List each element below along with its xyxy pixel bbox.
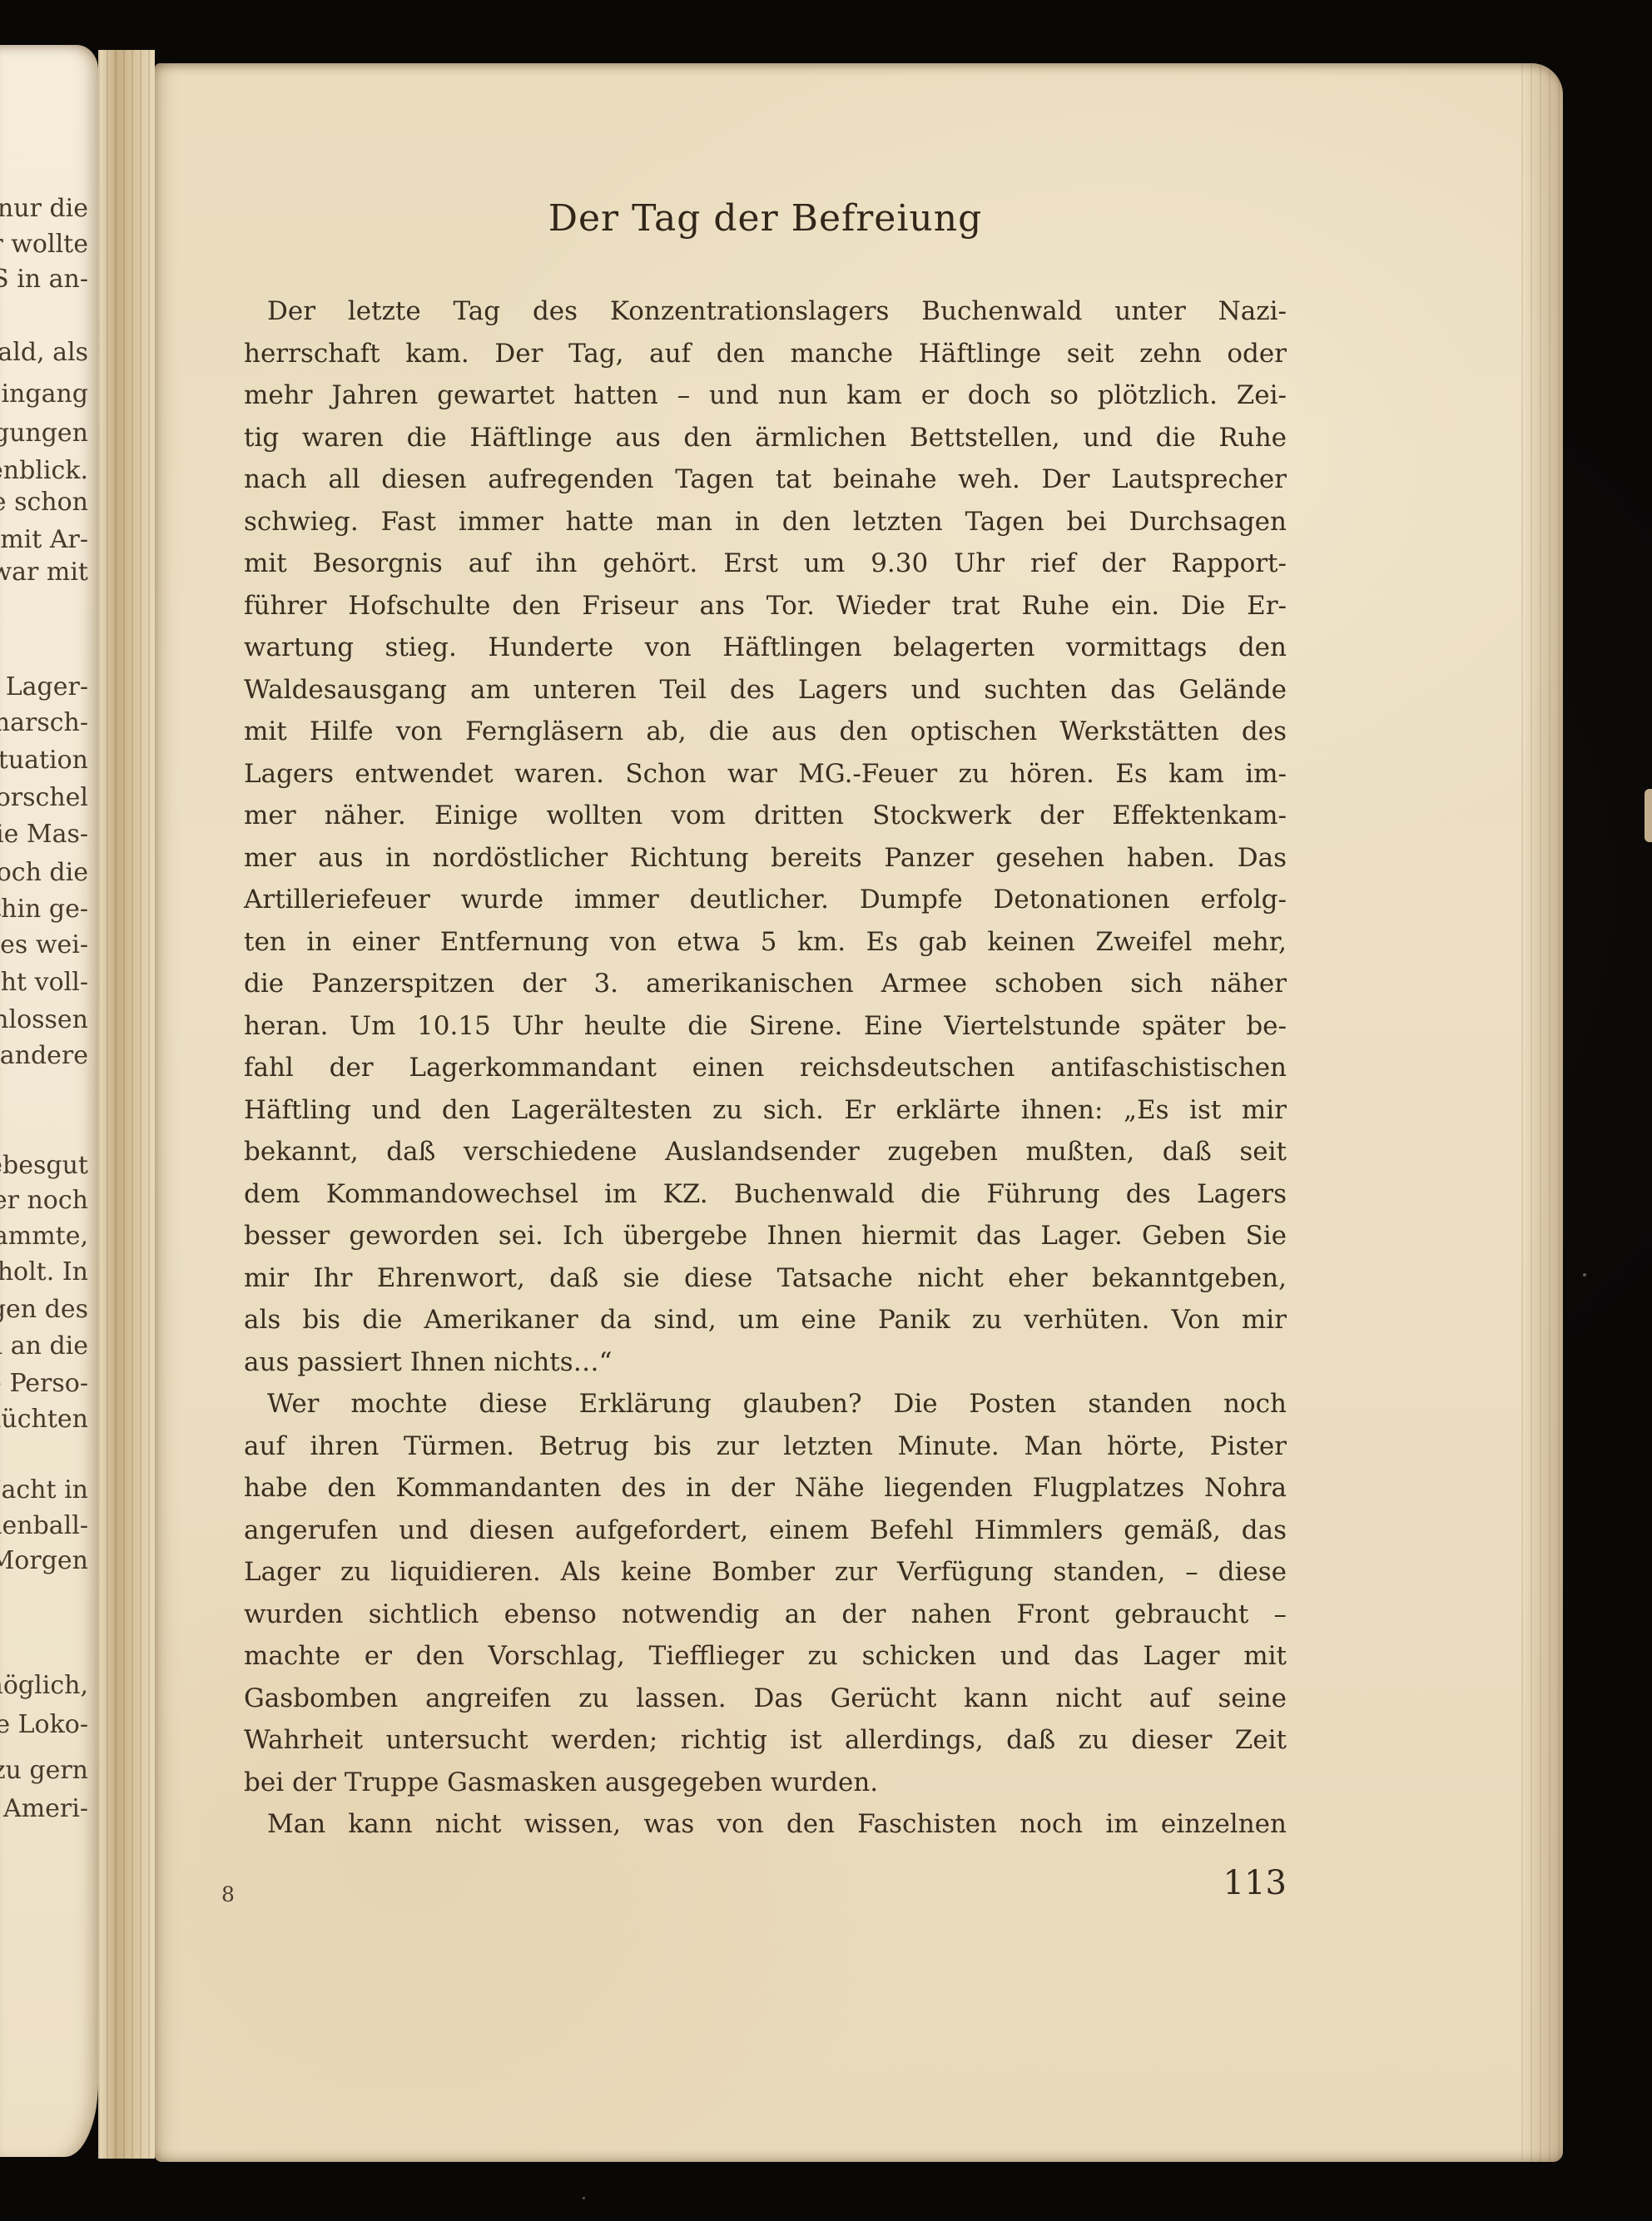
dust-speck [1583, 1273, 1586, 1277]
left-page-text-fragment: ee schon [0, 488, 88, 517]
text-line: heran. Um 10.15 Uhr heulte die Sirene. E… [244, 1005, 1287, 1048]
page-fore-edge [1521, 63, 1563, 2162]
signature-mark: 8 [221, 1882, 235, 1906]
book-page: Der Tag der Befreiung Der letzte Tag des… [155, 63, 1563, 2162]
text-line: wurden sichtlich ebenso notwendig an der… [244, 1594, 1287, 1636]
left-page-text-fragment: d andere [0, 1041, 88, 1070]
text-line: Wer mochte diese Erklärung glauben? Die … [244, 1383, 1287, 1425]
text-line: Waldesausgang am unteren Teil des Lagers… [244, 669, 1287, 711]
left-page-text-fragment: nur die [0, 194, 88, 223]
photo-background: nur dier wollteS in an-ald, alsreingange… [0, 0, 1652, 2221]
left-page-text-fragment: die Loko- [0, 1710, 88, 1739]
page-number: 113 [244, 1864, 1287, 1902]
left-page-text-fragment: r zu gern [0, 1756, 88, 1785]
text-line: Lager zu liquidieren. Als keine Bomber z… [244, 1551, 1287, 1594]
left-page-text-fragment: egungen [0, 419, 88, 448]
left-page-text-fragment: den Ameri- [0, 1794, 88, 1823]
left-page-text-fragment: r möglich, [0, 1671, 88, 1700]
left-page-text-fragment: ten an die [0, 1331, 88, 1361]
text-line: Der letzte Tag des Konzentrationslagers … [244, 290, 1287, 333]
left-page-text-fragment: stammte, [0, 1222, 88, 1251]
text-line: Häftling und den Lagerältesten zu sich. … [244, 1089, 1287, 1132]
text-line: angerufen und diesen aufgefordert, einem… [244, 1510, 1287, 1552]
left-page-text-fragment: n flüchten [0, 1405, 88, 1434]
text-line: Man kann nicht wissen, was von den Fasch… [244, 1803, 1287, 1846]
left-page-text-fragment: mit Ar- [0, 525, 88, 554]
text-line: Lagers entwendet waren. Schon war MG.-Fe… [244, 753, 1287, 796]
text-line: mer aus in nordöstlicher Richtung bereit… [244, 837, 1287, 880]
left-page-text-fragment: noch die [0, 858, 88, 887]
left-page-text-fragment: war mit [0, 558, 88, 587]
text-line: auf ihren Türmen. Betrug bis zur letzten… [244, 1425, 1287, 1468]
left-page-text-fragment: ald, als [0, 338, 88, 367]
text-line: mehr Jahren gewartet hatten – und nun ka… [244, 374, 1287, 417]
left-page-text-fragment: reingang [0, 379, 88, 409]
text-line: mit Besorgnis auf ihn gehört. Erst um 9.… [244, 543, 1287, 585]
left-page-text-fragment: e. Morgen [0, 1546, 88, 1575]
left-page-text-fragment: örigen des [0, 1295, 88, 1324]
text-line: schwieg. Fast immer hatte man in den let… [244, 501, 1287, 543]
left-page-text-fragment: r wollte [0, 230, 88, 259]
text-line: führer Hofschulte den Friseur ans Tor. W… [244, 585, 1287, 627]
left-page-text-fragment: Situation [0, 746, 88, 775]
dust-speck [583, 2197, 585, 2199]
left-page-text-fragment: genblick. [0, 456, 88, 485]
text-line: Wahrheit untersucht werden; richtig ist … [244, 1719, 1287, 1762]
text-line: dem Kommandowechsel im KZ. Buchenwald di… [244, 1173, 1287, 1216]
text-line: bei der Truppe Gasmasken ausgegeben wurd… [244, 1762, 1287, 1804]
text-line: bekannt, daß verschiedene Auslandsender … [244, 1131, 1287, 1173]
chapter-title: Der Tag der Befreiung [244, 197, 1287, 240]
left-page-edge: nur dier wollteS in an-ald, alsreingange… [0, 45, 98, 2157]
left-page-text-fragment: cht voll- [0, 968, 88, 997]
left-page-text-fragment: rthin ge- [0, 895, 88, 924]
left-page-text-fragment: die Perso- [0, 1369, 88, 1398]
text-line: mit Hilfe von Ferngläsern ab, die aus de… [244, 711, 1287, 753]
text-line: Artilleriefeuer wurde immer deutlicher. … [244, 879, 1287, 921]
left-page-text-fragment: Diebesgut [0, 1151, 88, 1180]
text-line: nach all diesen aufregenden Tagen tat be… [244, 459, 1287, 501]
left-page-text-fragment: schlossen [0, 1005, 88, 1034]
text-line: als bis die Amerikaner da sind, um eine … [244, 1299, 1287, 1341]
text-line: ten in einer Entfernung von etwa 5 km. E… [244, 921, 1287, 964]
text-line: habe den Kommandanten des in der Nähe li… [244, 1467, 1287, 1510]
text-line: tig waren die Häftlinge aus den ärmliche… [244, 417, 1287, 459]
text-line: herrschaft kam. Der Tag, auf den manche … [244, 333, 1287, 375]
text-line: aus passiert Ihnen nichts…“ [244, 1341, 1287, 1384]
left-page-text-fragment: mmenball- [0, 1511, 88, 1540]
text-line: Gasbomben angreifen zu lassen. Das Gerüc… [244, 1678, 1287, 1720]
left-page-text-fragment: geholt. In [0, 1257, 88, 1286]
left-page-text-fragment: Nacht in [0, 1475, 88, 1505]
left-page-text-fragment: sher noch [0, 1186, 88, 1215]
text-line: mer näher. Einige wollten vom dritten St… [244, 795, 1287, 837]
left-page-text-fragment: marsch- [0, 708, 88, 737]
body-text: Der letzte Tag des Konzentrationslagers … [244, 290, 1287, 1846]
left-page-text-fragment: e Lager- [0, 672, 88, 701]
text-line: besser geworden sei. Ich übergebe Ihnen … [244, 1215, 1287, 1257]
text-line: mir Ihr Ehrenwort, daß sie diese Tatsach… [244, 1257, 1287, 1300]
text-line: die Panzerspitzen der 3. amerikanischen … [244, 963, 1287, 1005]
text-line: machte er den Vorschlag, Tiefflieger zu … [244, 1635, 1287, 1678]
text-line: fahl der Lagerkommandant einen reichsdeu… [244, 1047, 1287, 1089]
left-page-text-fragment: erorschel [0, 783, 88, 812]
left-page-text-fragment: S in an- [0, 265, 88, 294]
left-page-text-fragment: die Mas- [0, 820, 88, 849]
edge-notch [1645, 789, 1652, 842]
left-page-text-fragment: stes wei- [0, 930, 88, 959]
text-line: wartung stieg. Hunderte von Häftlingen b… [244, 627, 1287, 669]
book-gutter [98, 50, 155, 2159]
